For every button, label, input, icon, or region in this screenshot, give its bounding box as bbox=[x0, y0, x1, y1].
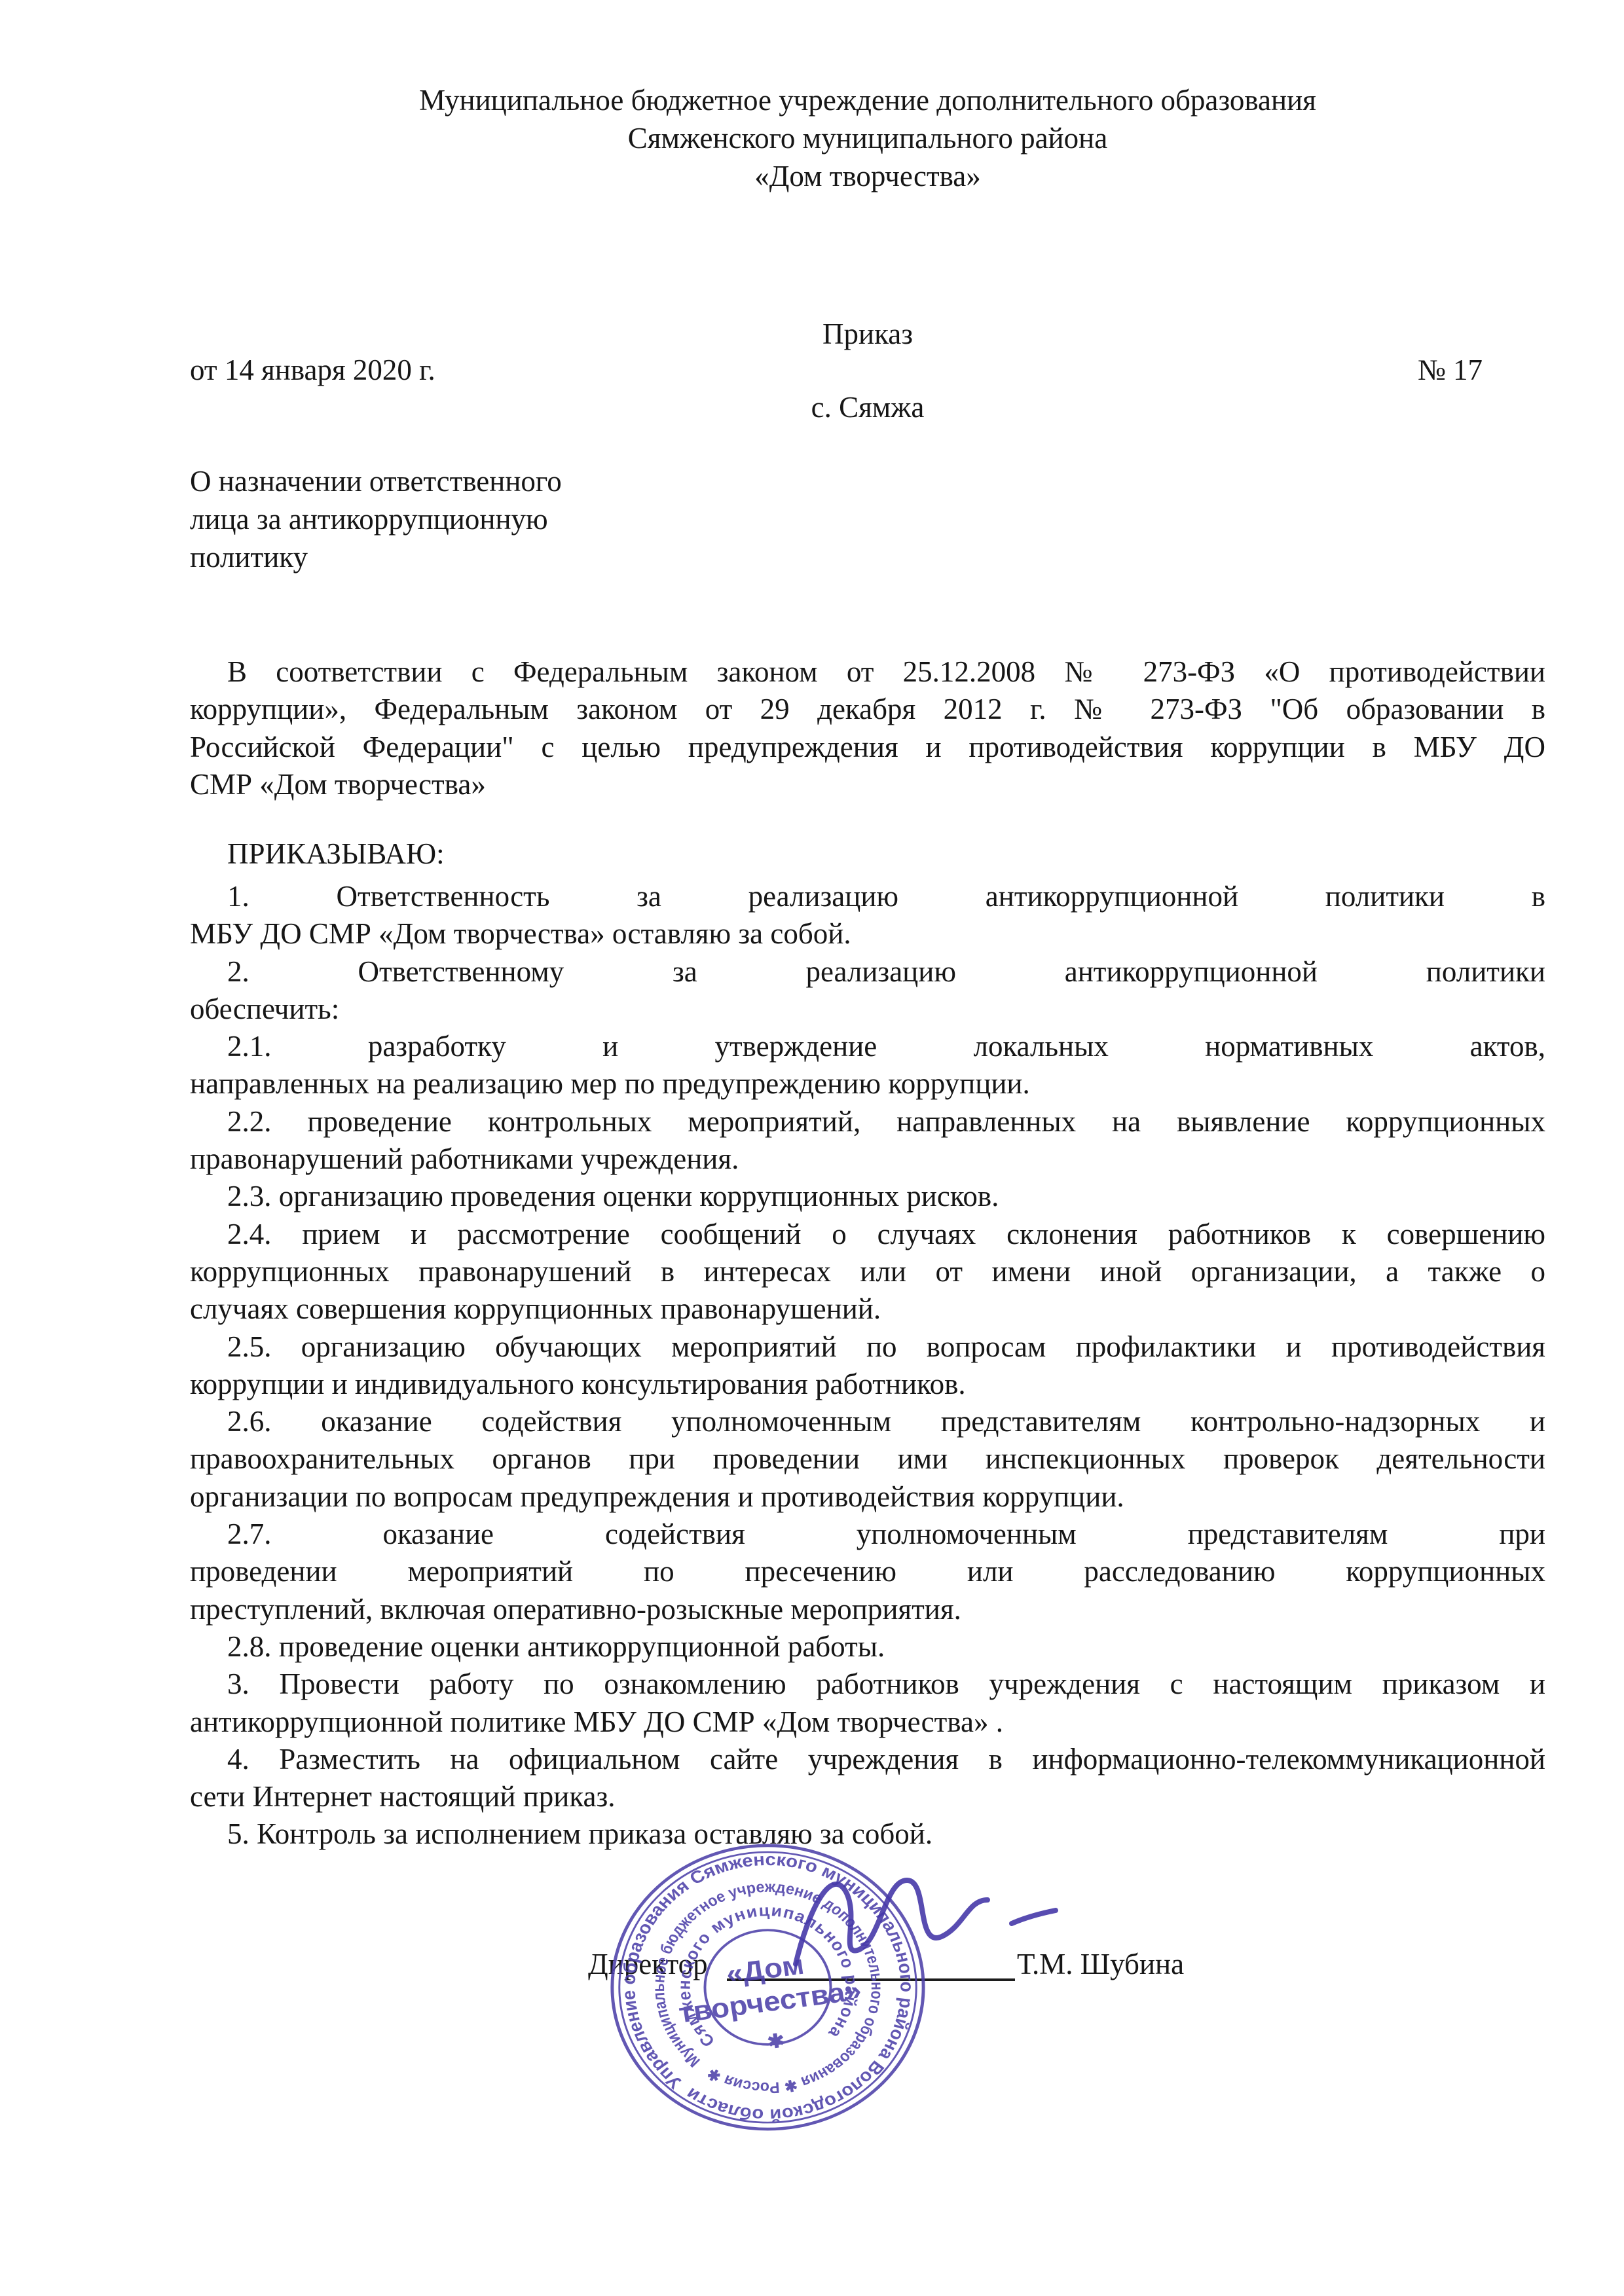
org-name-line-1: Муниципальное бюджетное учреждение допол… bbox=[190, 81, 1545, 119]
directive-line: преступлений, включая оперативно-розыскн… bbox=[190, 1591, 1545, 1628]
directive-line: МБУ ДО СМР «Дом творчества» оставляю за … bbox=[190, 915, 1545, 953]
directive-line: 2.4. прием и рассмотрение сообщений о сл… bbox=[190, 1216, 1545, 1253]
subject-line-3: политику bbox=[190, 538, 1545, 576]
stamp-center-asterisk: ✱ bbox=[766, 2030, 786, 2053]
directive-line: проведении мероприятий по пресечению или… bbox=[190, 1553, 1545, 1590]
directive-line: 2. Ответственному за реализацию антикорр… bbox=[190, 953, 1545, 991]
order-place: с. Сямжа bbox=[190, 388, 1545, 426]
preamble-line: Российской Федерации" с целью предупрежд… bbox=[190, 729, 1545, 766]
resolution-word: ПРИКАЗЫВАЮ: bbox=[190, 835, 1545, 873]
directive-line: правоохранительных органов при проведени… bbox=[190, 1440, 1545, 1478]
org-header: Муниципальное бюджетное учреждение допол… bbox=[190, 81, 1545, 195]
order-number: № 17 bbox=[1418, 351, 1483, 389]
subject-line-1: О назначении ответственного bbox=[190, 462, 1545, 500]
directives-list: 1. Ответственность за реализацию антикор… bbox=[190, 878, 1545, 1853]
directive-line: обеспечить: bbox=[190, 991, 1545, 1028]
org-name-line-3: «Дом творчества» bbox=[190, 157, 1545, 195]
directive-line: правонарушений работниками учреждения. bbox=[190, 1140, 1545, 1178]
order-subject: О назначении ответственного лица за анти… bbox=[190, 462, 1545, 576]
order-date: от 14 января 2020 г. bbox=[190, 351, 435, 389]
directive-line: коррупции и индивидуального консультиров… bbox=[190, 1366, 1545, 1403]
directive-line: 2.8. проведение оценки антикоррупционной… bbox=[190, 1628, 1545, 1666]
order-meta-row: от 14 января 2020 г. № 17 bbox=[190, 351, 1545, 389]
directive-line: 2.7. оказание содействия уполномоченным … bbox=[190, 1516, 1545, 1553]
org-name-line-2: Сямженского муниципального района bbox=[190, 119, 1545, 157]
signature-ink bbox=[753, 1846, 1094, 1990]
directive-line: коррупционных правонарушений в интересах… bbox=[190, 1253, 1545, 1290]
directive-line: организации по вопросам предупреждения и… bbox=[190, 1478, 1545, 1516]
preamble-line: коррупции», Федеральным законом от 29 де… bbox=[190, 691, 1545, 728]
directive-line: 2.6. оказание содействия уполномоченным … bbox=[190, 1403, 1545, 1440]
preamble-paragraph: В соответствии с Федеральным законом от … bbox=[190, 653, 1545, 803]
preamble-line: В соответствии с Федеральным законом от … bbox=[190, 653, 1545, 691]
directive-line: 3. Провести работу по ознакомлению работ… bbox=[190, 1666, 1545, 1703]
directive-line: 2.1. разработку и утверждение локальных … bbox=[190, 1028, 1545, 1065]
directive-line: 2.3. организацию проведения оценки корру… bbox=[190, 1178, 1545, 1215]
directive-line: 1. Ответственность за реализацию антикор… bbox=[190, 878, 1545, 915]
directive-line: 2.2. проведение контрольных мероприятий,… bbox=[190, 1103, 1545, 1140]
order-title: Приказ bbox=[190, 315, 1545, 353]
subject-line-2: лица за антикоррупционную bbox=[190, 500, 1545, 538]
directive-line: направленных на реализацию мер по предуп… bbox=[190, 1065, 1545, 1102]
directive-line: 2.5. организацию обучающих мероприятий п… bbox=[190, 1328, 1545, 1366]
directive-line: 4. Разместить на официальном сайте учреж… bbox=[190, 1741, 1545, 1778]
signature-stroke bbox=[796, 1880, 1056, 1964]
directive-line: случаях совершения коррупционных правона… bbox=[190, 1290, 1545, 1328]
preamble-line: СМР «Дом творчества» bbox=[190, 766, 1545, 803]
document-page: Муниципальное бюджетное учреждение допол… bbox=[0, 0, 1624, 2296]
directive-line: антикоррупционной политике МБУ ДО СМР «Д… bbox=[190, 1704, 1545, 1741]
resolution-text: ПРИКАЗЫВАЮ: bbox=[190, 835, 1545, 873]
directive-line: сети Интернет настоящий приказ. bbox=[190, 1778, 1545, 1815]
